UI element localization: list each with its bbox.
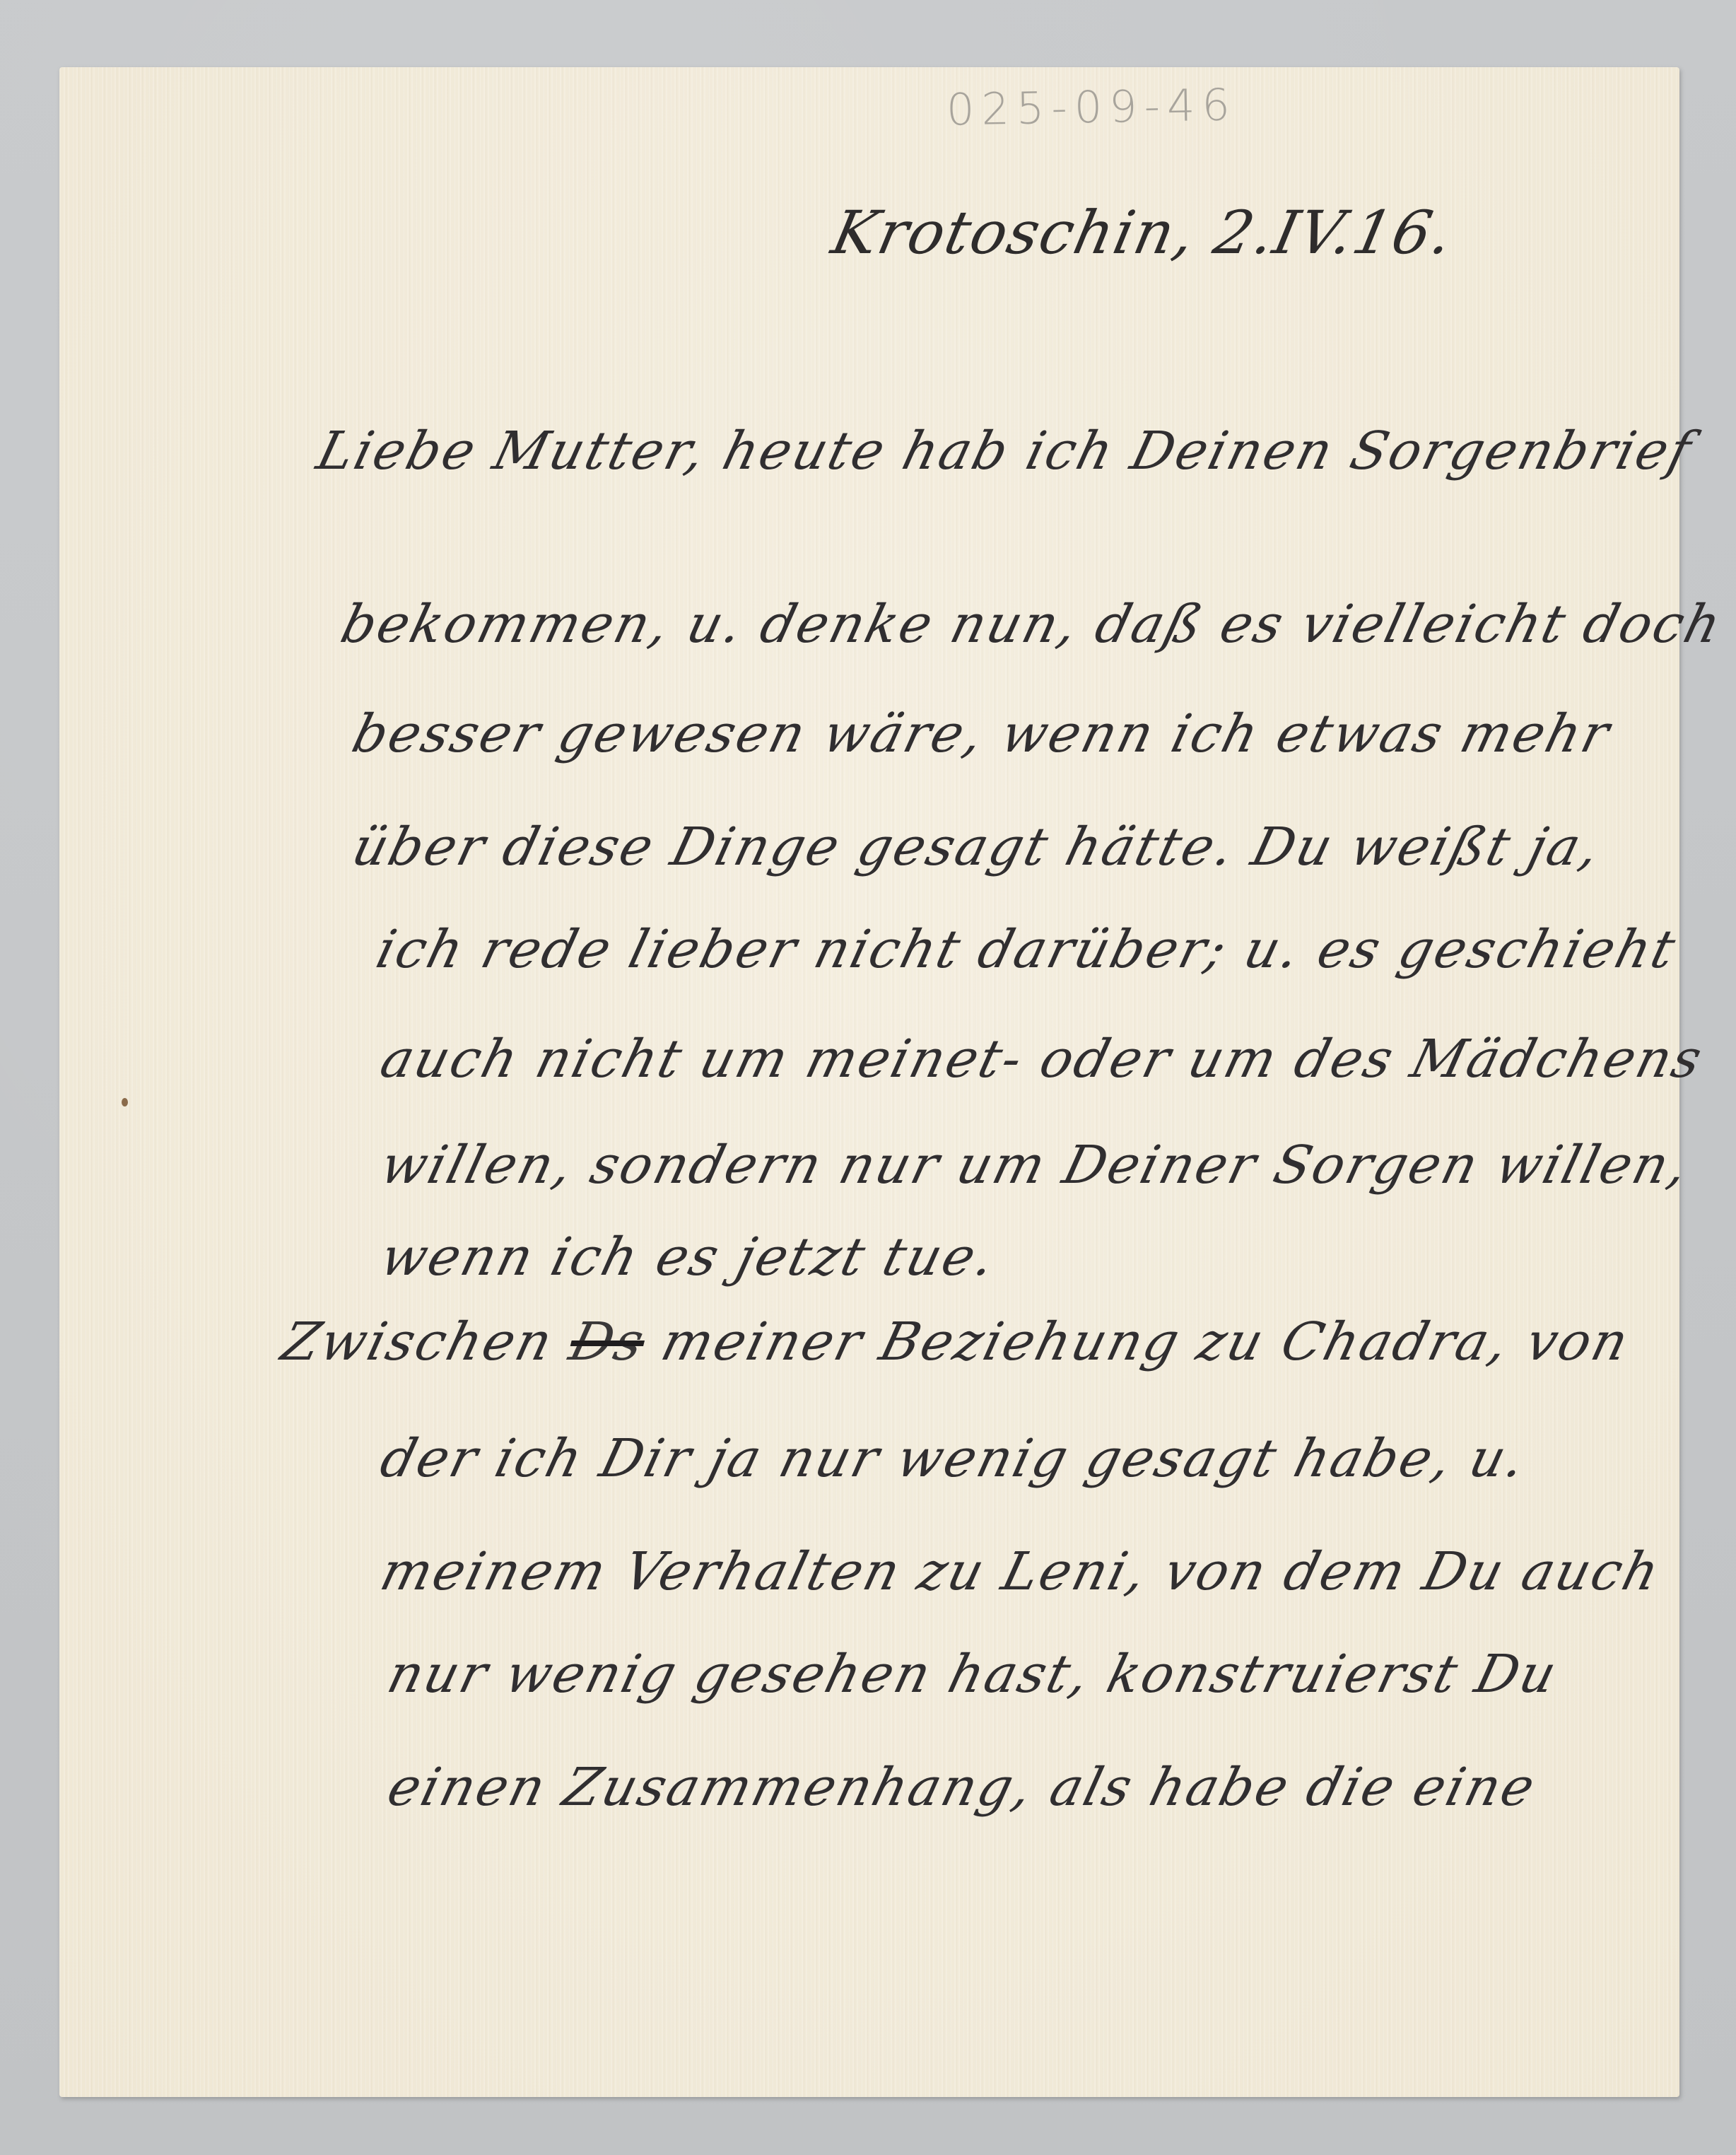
letter-line-4: über diese Dinge gesagt hätte. Du weißt … <box>346 817 1607 877</box>
letter-line-8: wenn ich es jetzt tue. <box>375 1227 1002 1287</box>
letter-line-6: auch nicht um meinet- oder um des Mädche… <box>375 1029 1710 1090</box>
letter-line-7: willen, sondern nur um Deiner Sorgen wil… <box>375 1135 1696 1196</box>
paper-stain <box>122 1098 128 1106</box>
letter-line-13: einen Zusammenhang, als habe die eine <box>382 1757 1542 1818</box>
line-9-start: Zwischen <box>276 1312 579 1372</box>
letter-page: 025-09-46 Krotoschin, 2.IV.16. Liebe Mut… <box>59 67 1679 2097</box>
archive-number: 025-09-46 <box>946 78 1237 135</box>
letter-line-3: besser gewesen wäre, wenn ich etwas mehr <box>346 703 1617 764</box>
letter-line-10: der ich Dir ja nur wenig gesagt habe, u. <box>375 1428 1533 1489</box>
letter-line-1: Liebe Mutter, heute hab ich Deinen Sorge… <box>311 421 1699 481</box>
letter-line-2: bekommen, u. denke nun, daß es vielleich… <box>335 594 1729 655</box>
letter-line-9: Zwischen Ds meiner Beziehung zu Chadra, … <box>276 1312 1636 1372</box>
letter-line-12: nur wenig gesehen hast, konstruierst Du <box>382 1644 1564 1705</box>
line-9-end: meiner Beziehung zu Chadra, von <box>637 1312 1636 1372</box>
letter-line-5: ich rede lieber nicht darüber; u. es ges… <box>370 919 1683 980</box>
letter-line-11: meinem Verhalten zu Leni, von dem Du auc… <box>375 1541 1667 1602</box>
place-date-heading: Krotoschin, 2.IV.16. <box>826 198 1460 267</box>
